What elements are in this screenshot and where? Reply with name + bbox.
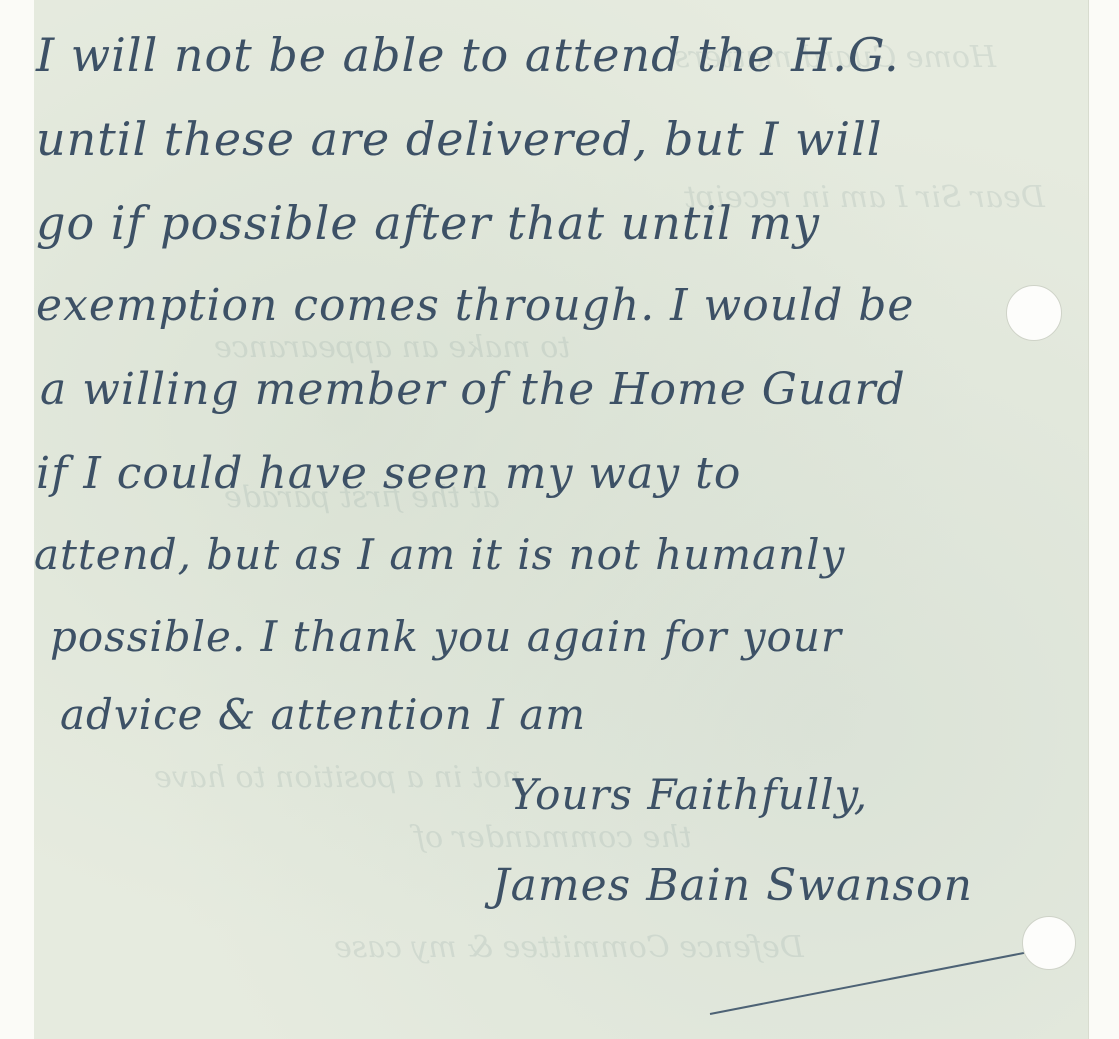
bleed-through-text: the commander of	[414, 820, 692, 855]
bleed-through-text: to make an appearance	[214, 330, 570, 365]
body-line-4: exemption comes through. I would be	[36, 280, 914, 331]
signature: James Bain Swanson	[492, 860, 973, 911]
body-line-6: if I could have seen my way to	[36, 448, 741, 499]
body-line-9: advice & attention I am	[60, 690, 586, 739]
body-line-7: attend, but as I am it is not humanly	[34, 530, 845, 579]
body-line-1: I will not be able to attend the H.G.	[36, 28, 900, 82]
body-line-3: go if possible after that until my	[36, 196, 820, 250]
bleed-through-text: not in a position to have	[154, 760, 521, 795]
body-line-8: possible. I thank you again for your	[50, 612, 842, 661]
closing: Yours Faithfully,	[510, 770, 868, 819]
body-line-5: a willing member of the Home Guard	[40, 364, 906, 415]
bleed-through-text: Defence Committee & my case	[334, 930, 804, 965]
punch-hole	[1022, 916, 1076, 970]
body-line-2: until these are delivered, but I will	[36, 112, 883, 166]
punch-hole	[1006, 285, 1062, 341]
